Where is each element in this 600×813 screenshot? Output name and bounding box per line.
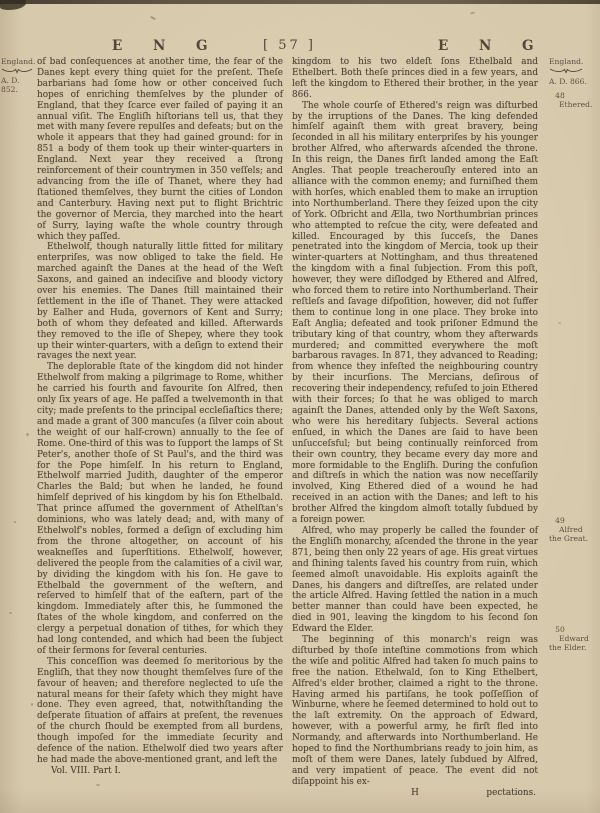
margin-section-label: Edward the Elder. [549, 634, 594, 652]
margin-date: A. D. 852. [1, 76, 34, 94]
margin-note-alfred: 49 Alfred the Great. [549, 516, 594, 543]
scan-edge-shadow [0, 0, 600, 4]
paragraph-text: Ethelwolf, though naturally little fitte… [37, 242, 283, 361]
paragraph: England. A. D. 852. of bad conſequences … [37, 57, 283, 242]
paper-speck [9, 612, 12, 614]
brace-flourish-icon [1, 67, 33, 74]
paragraph-text: The deplorable ſtate of the kingdom did … [37, 362, 283, 656]
margin-section-label: Alfred the Great. [549, 525, 594, 543]
left-column: England. A. D. 852. of bad conſequences … [37, 57, 283, 777]
paragraph-text: The beginning of this monarch's reign wa… [292, 635, 538, 787]
paragraph: This conceſſion was deemed ſo meritoriou… [37, 657, 283, 766]
paragraph-text: The whole courſe of Ethered's reign was … [292, 101, 538, 525]
paper-speck [470, 11, 475, 14]
catchword: pectations. [486, 788, 536, 799]
margin-section-number: 48 [535, 91, 575, 100]
running-header: E N G [ 57 ] E N G [0, 38, 600, 54]
page-number: [ 57 ] [263, 38, 316, 53]
margin-section-number: 49 [535, 516, 575, 525]
brace-flourish-icon [549, 67, 583, 74]
paper-speck [96, 784, 100, 786]
paper-speck [31, 703, 33, 706]
scan-corner-stain [0, 0, 26, 10]
margin-note-ethered: 48 Ethered. [549, 91, 594, 109]
paper-speck [558, 322, 561, 324]
signature-row: H pectations. [292, 788, 538, 800]
running-title-left: E N G [112, 38, 221, 54]
paper-speck [14, 521, 16, 523]
running-title-right: E N G [438, 38, 547, 54]
paper-speck [150, 16, 156, 21]
paragraph-text: of bad conſequences at another time, the… [37, 57, 283, 242]
paragraph: The deplorable ſtate of the kingdom did … [37, 362, 283, 656]
book-page-scan: E N G [ 57 ] E N G England. A. D. 852. o… [0, 0, 600, 813]
paragraph-text: kingdom to his two eldeſt ſons Ethelbald… [292, 57, 538, 100]
margin-section-label: Ethered. [549, 100, 594, 109]
paragraph-text: This conceſſion was deemed ſo meritoriou… [37, 657, 283, 765]
paragraph-text: Alfred, who may properly be called the f… [292, 526, 538, 634]
paragraph: 48 Ethered. The whole courſe of Ethered'… [292, 101, 538, 526]
paper-speck [26, 433, 29, 436]
margin-note-edward: 50 Edward the Elder. [549, 625, 594, 652]
margin-running-title: England. [1, 57, 34, 66]
paragraph: 50 Edward the Elder. The beginning of th… [292, 635, 538, 788]
right-column: England. A. D. 866. kingdom to his two e… [292, 57, 538, 800]
margin-note-england-right: England. A. D. 866. [549, 57, 594, 86]
margin-running-title: England. [549, 57, 594, 66]
margin-section-number: 50 [535, 625, 575, 634]
volume-signature-line: Vol. VIII. Part I. [37, 766, 283, 777]
paragraph: 49 Alfred the Great. Alfred, who may pro… [292, 526, 538, 635]
printer-signature: H [411, 788, 419, 799]
paragraph: England. A. D. 866. kingdom to his two e… [292, 57, 538, 101]
margin-date: A. D. 866. [549, 77, 594, 86]
margin-note-england-left: England. A. D. 852. [1, 57, 34, 94]
paragraph: Ethelwolf, though naturally little fitte… [37, 242, 283, 362]
